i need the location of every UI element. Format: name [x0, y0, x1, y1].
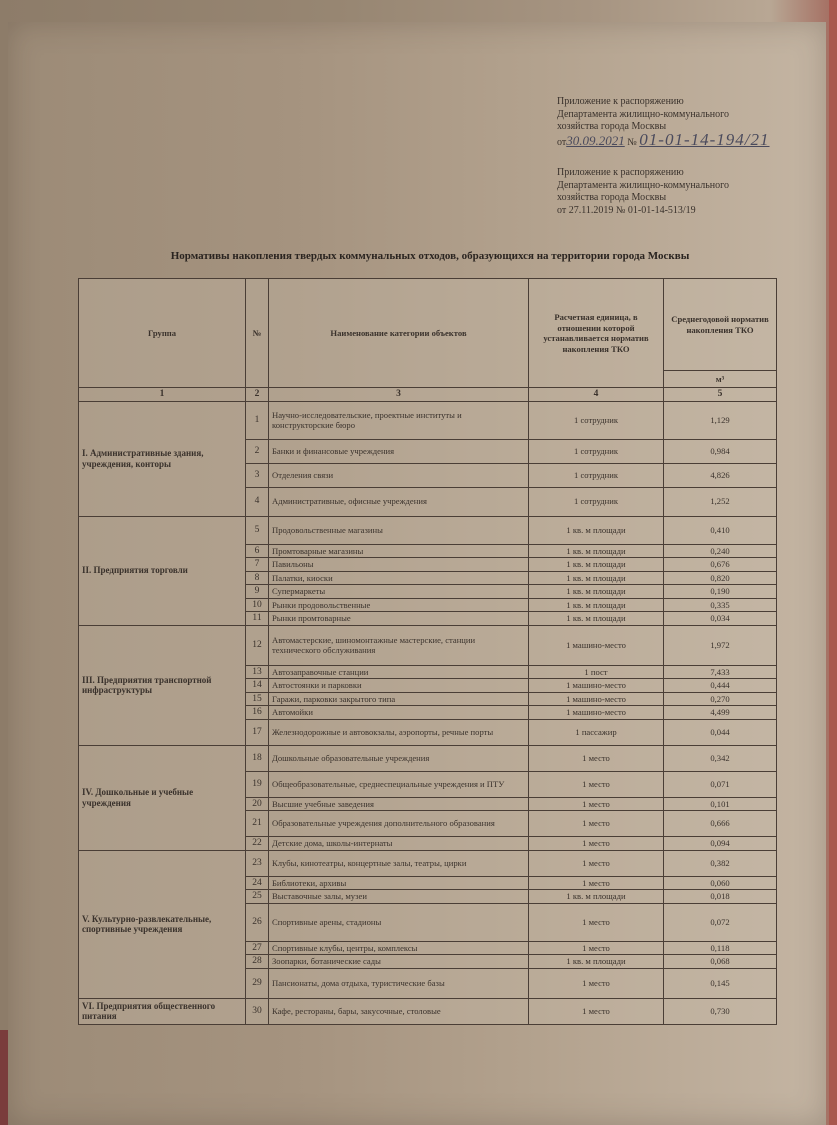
- norm-value-cell: 1,129: [664, 401, 777, 439]
- column-numbers-row: 1 2 3 4 5: [79, 388, 777, 402]
- annex-line: Департамента жилищно-коммунального: [557, 109, 770, 122]
- header-norm: Среднегодовой норматив накопления ТКО: [664, 279, 777, 371]
- table-row: IV. Дошкольные и учебные учреждения18Дош…: [79, 745, 777, 771]
- group-name-cell: VI. Предприятия общественного питания: [79, 998, 246, 1024]
- row-number-cell: 17: [246, 719, 269, 745]
- unit-cell: 1 машино-место: [529, 706, 664, 720]
- norm-value-cell: 7,433: [664, 665, 777, 679]
- row-number-cell: 1: [246, 401, 269, 439]
- unit-cell: 1 место: [529, 903, 664, 941]
- row-number-cell: 11: [246, 612, 269, 626]
- category-name-cell: Рынки промтоварные: [269, 612, 529, 626]
- norm-value-cell: 0,034: [664, 612, 777, 626]
- norm-value-cell: 0,101: [664, 797, 777, 811]
- unit-cell: 1 место: [529, 837, 664, 851]
- category-name-cell: Автомастерские, шиномонтажные мастерские…: [269, 625, 529, 665]
- background-edge: [0, 1030, 8, 1125]
- row-number-cell: 7: [246, 558, 269, 572]
- row-number-cell: 5: [246, 516, 269, 544]
- row-number-cell: 12: [246, 625, 269, 665]
- category-name-cell: Павильоны: [269, 558, 529, 572]
- unit-cell: 1 машино-место: [529, 625, 664, 665]
- table-row: V. Культурно-развлекательные, спортивные…: [79, 850, 777, 876]
- category-name-cell: Гаражи, парковки закрытого типа: [269, 692, 529, 706]
- category-name-cell: Зоопарки, ботанические сады: [269, 955, 529, 969]
- unit-cell: 1 кв. м площади: [529, 558, 664, 572]
- header-num: №: [246, 279, 269, 388]
- category-name-cell: Образовательные учреждения дополнительно…: [269, 811, 529, 837]
- norm-value-cell: 0,060: [664, 876, 777, 890]
- norm-value-cell: 0,072: [664, 903, 777, 941]
- unit-cell: 1 кв. м площади: [529, 890, 664, 904]
- header-group: Группа: [79, 279, 246, 388]
- group-name-cell: IV. Дошкольные и учебные учреждения: [79, 745, 246, 850]
- norm-value-cell: 0,071: [664, 771, 777, 797]
- norm-value-cell: 0,044: [664, 719, 777, 745]
- norm-value-cell: 0,094: [664, 837, 777, 851]
- category-name-cell: Автозаправочные станции: [269, 665, 529, 679]
- category-name-cell: Административные, офисные учреждения: [269, 487, 529, 516]
- row-number-cell: 29: [246, 968, 269, 998]
- norm-value-cell: 0,342: [664, 745, 777, 771]
- category-name-cell: Выставочные залы, музеи: [269, 890, 529, 904]
- row-number-cell: 20: [246, 797, 269, 811]
- norm-value-cell: 0,145: [664, 968, 777, 998]
- unit-cell: 1 пассажир: [529, 719, 664, 745]
- category-name-cell: Научно-исследовательские, проектные инст…: [269, 401, 529, 439]
- unit-cell: 1 место: [529, 797, 664, 811]
- category-name-cell: Банки и финансовые учреждения: [269, 439, 529, 463]
- annex-line: от 27.11.2019 № 01-01-14-513/19: [557, 205, 729, 218]
- unit-cell: 1 кв. м площади: [529, 612, 664, 626]
- group-name-cell: II. Предприятия торговли: [79, 516, 246, 625]
- category-name-cell: Спортивные клубы, центры, комплексы: [269, 941, 529, 955]
- category-name-cell: Высшие учебные заведения: [269, 797, 529, 811]
- unit-cell: 1 кв. м площади: [529, 598, 664, 612]
- row-number-cell: 24: [246, 876, 269, 890]
- row-number-cell: 3: [246, 463, 269, 487]
- unit-cell: 1 место: [529, 745, 664, 771]
- norm-value-cell: 0,444: [664, 679, 777, 693]
- norm-value-cell: 4,499: [664, 706, 777, 720]
- table-row: II. Предприятия торговли5Продовольственн…: [79, 516, 777, 544]
- unit-cell: 1 машино-место: [529, 692, 664, 706]
- unit-cell: 1 кв. м площади: [529, 955, 664, 969]
- unit-cell: 1 место: [529, 998, 664, 1024]
- table-row: III. Предприятия транспортной инфраструк…: [79, 625, 777, 665]
- category-name-cell: Палатки, киоски: [269, 571, 529, 585]
- category-name-cell: Библиотеки, архивы: [269, 876, 529, 890]
- category-name-cell: Клубы, кинотеатры, концертные залы, теат…: [269, 850, 529, 876]
- annex-current-block: Приложение к распоряжению Департамента ж…: [557, 96, 770, 149]
- handwritten-date: 30.09.2021: [566, 133, 625, 148]
- background-edge: [829, 0, 837, 1125]
- category-name-cell: Промтоварные магазины: [269, 544, 529, 558]
- unit-cell: 1 кв. м площади: [529, 516, 664, 544]
- unit-cell: 1 пост: [529, 665, 664, 679]
- category-name-cell: Общеобразовательные, среднеспециальные у…: [269, 771, 529, 797]
- category-name-cell: Детские дома, школы-интернаты: [269, 837, 529, 851]
- table-row: VI. Предприятия общественного питания30К…: [79, 998, 777, 1024]
- norm-value-cell: 0,730: [664, 998, 777, 1024]
- document-title: Нормативы накопления твердых коммунальны…: [120, 250, 740, 262]
- header-name: Наименование категории объектов: [269, 279, 529, 388]
- norm-value-cell: 0,018: [664, 890, 777, 904]
- norm-value-cell: 0,820: [664, 571, 777, 585]
- norm-value-cell: 0,382: [664, 850, 777, 876]
- row-number-cell: 28: [246, 955, 269, 969]
- unit-cell: 1 сотрудник: [529, 401, 664, 439]
- category-name-cell: Кафе, рестораны, бары, закусочные, столо…: [269, 998, 529, 1024]
- category-name-cell: Автостоянки и парковки: [269, 679, 529, 693]
- group-name-cell: III. Предприятия транспортной инфраструк…: [79, 625, 246, 745]
- norm-value-cell: 4,826: [664, 463, 777, 487]
- row-number-cell: 26: [246, 903, 269, 941]
- row-number-cell: 30: [246, 998, 269, 1024]
- row-number-cell: 2: [246, 439, 269, 463]
- row-number-cell: 16: [246, 706, 269, 720]
- group-name-cell: I. Административные здания, учреждения, …: [79, 401, 246, 516]
- unit-cell: 1 кв. м площади: [529, 571, 664, 585]
- annex-previous-block: Приложение к распоряжению Департамента ж…: [557, 167, 729, 217]
- unit-cell: 1 сотрудник: [529, 439, 664, 463]
- norm-value-cell: 0,118: [664, 941, 777, 955]
- unit-cell: 1 сотрудник: [529, 463, 664, 487]
- row-number-cell: 23: [246, 850, 269, 876]
- row-number-cell: 25: [246, 890, 269, 904]
- row-number-cell: 8: [246, 571, 269, 585]
- norm-value-cell: 1,252: [664, 487, 777, 516]
- row-number-cell: 10: [246, 598, 269, 612]
- row-number-cell: 9: [246, 585, 269, 599]
- norm-value-cell: 0,240: [664, 544, 777, 558]
- norm-value-cell: 0,410: [664, 516, 777, 544]
- norms-table-body: I. Административные здания, учреждения, …: [79, 401, 777, 1024]
- document-page: Приложение к распоряжению Департамента ж…: [8, 22, 826, 1125]
- category-name-cell: Отделения связи: [269, 463, 529, 487]
- category-name-cell: Продовольственные магазины: [269, 516, 529, 544]
- unit-cell: 1 место: [529, 968, 664, 998]
- handwritten-number: 01-01-14-194/21: [639, 130, 769, 149]
- annex-line: Приложение к распоряжению: [557, 167, 729, 180]
- category-name-cell: Железнодорожные и автовокзалы, аэропорты…: [269, 719, 529, 745]
- row-number-cell: 4: [246, 487, 269, 516]
- header-norm-unit: м³: [664, 371, 777, 388]
- unit-cell: 1 кв. м площади: [529, 585, 664, 599]
- unit-cell: 1 место: [529, 876, 664, 890]
- category-name-cell: Рынки продовольственные: [269, 598, 529, 612]
- row-number-cell: 27: [246, 941, 269, 955]
- category-name-cell: Супермаркеты: [269, 585, 529, 599]
- annex-date-number: от30.09.2021 № 01-01-14-194/21: [557, 134, 770, 150]
- annex-line: хозяйства города Москвы: [557, 192, 729, 205]
- unit-cell: 1 место: [529, 850, 664, 876]
- annex-line: Приложение к распоряжению: [557, 96, 770, 109]
- header-unit: Расчетная единица, в отношении которой у…: [529, 279, 664, 388]
- row-number-cell: 14: [246, 679, 269, 693]
- category-name-cell: Автомойки: [269, 706, 529, 720]
- table-row: I. Административные здания, учреждения, …: [79, 401, 777, 439]
- row-number-cell: 15: [246, 692, 269, 706]
- row-number-cell: 19: [246, 771, 269, 797]
- norm-value-cell: 1,972: [664, 625, 777, 665]
- row-number-cell: 22: [246, 837, 269, 851]
- norm-value-cell: 0,676: [664, 558, 777, 572]
- annex-line: Департамента жилищно-коммунального: [557, 180, 729, 193]
- category-name-cell: Спортивные арены, стадионы: [269, 903, 529, 941]
- norm-value-cell: 0,190: [664, 585, 777, 599]
- unit-cell: 1 сотрудник: [529, 487, 664, 516]
- unit-cell: 1 место: [529, 771, 664, 797]
- norm-value-cell: 0,270: [664, 692, 777, 706]
- norm-value-cell: 0,984: [664, 439, 777, 463]
- row-number-cell: 21: [246, 811, 269, 837]
- category-name-cell: Пансионаты, дома отдыха, туристические б…: [269, 968, 529, 998]
- row-number-cell: 18: [246, 745, 269, 771]
- unit-cell: 1 машино-место: [529, 679, 664, 693]
- norm-value-cell: 0,666: [664, 811, 777, 837]
- norm-value-cell: 0,068: [664, 955, 777, 969]
- unit-cell: 1 место: [529, 811, 664, 837]
- unit-cell: 1 место: [529, 941, 664, 955]
- row-number-cell: 13: [246, 665, 269, 679]
- unit-cell: 1 кв. м площади: [529, 544, 664, 558]
- norm-value-cell: 0,335: [664, 598, 777, 612]
- category-name-cell: Дошкольные образовательные учреждения: [269, 745, 529, 771]
- norms-table: Группа № Наименование категории объектов…: [78, 278, 777, 1025]
- group-name-cell: V. Культурно-развлекательные, спортивные…: [79, 850, 246, 998]
- row-number-cell: 6: [246, 544, 269, 558]
